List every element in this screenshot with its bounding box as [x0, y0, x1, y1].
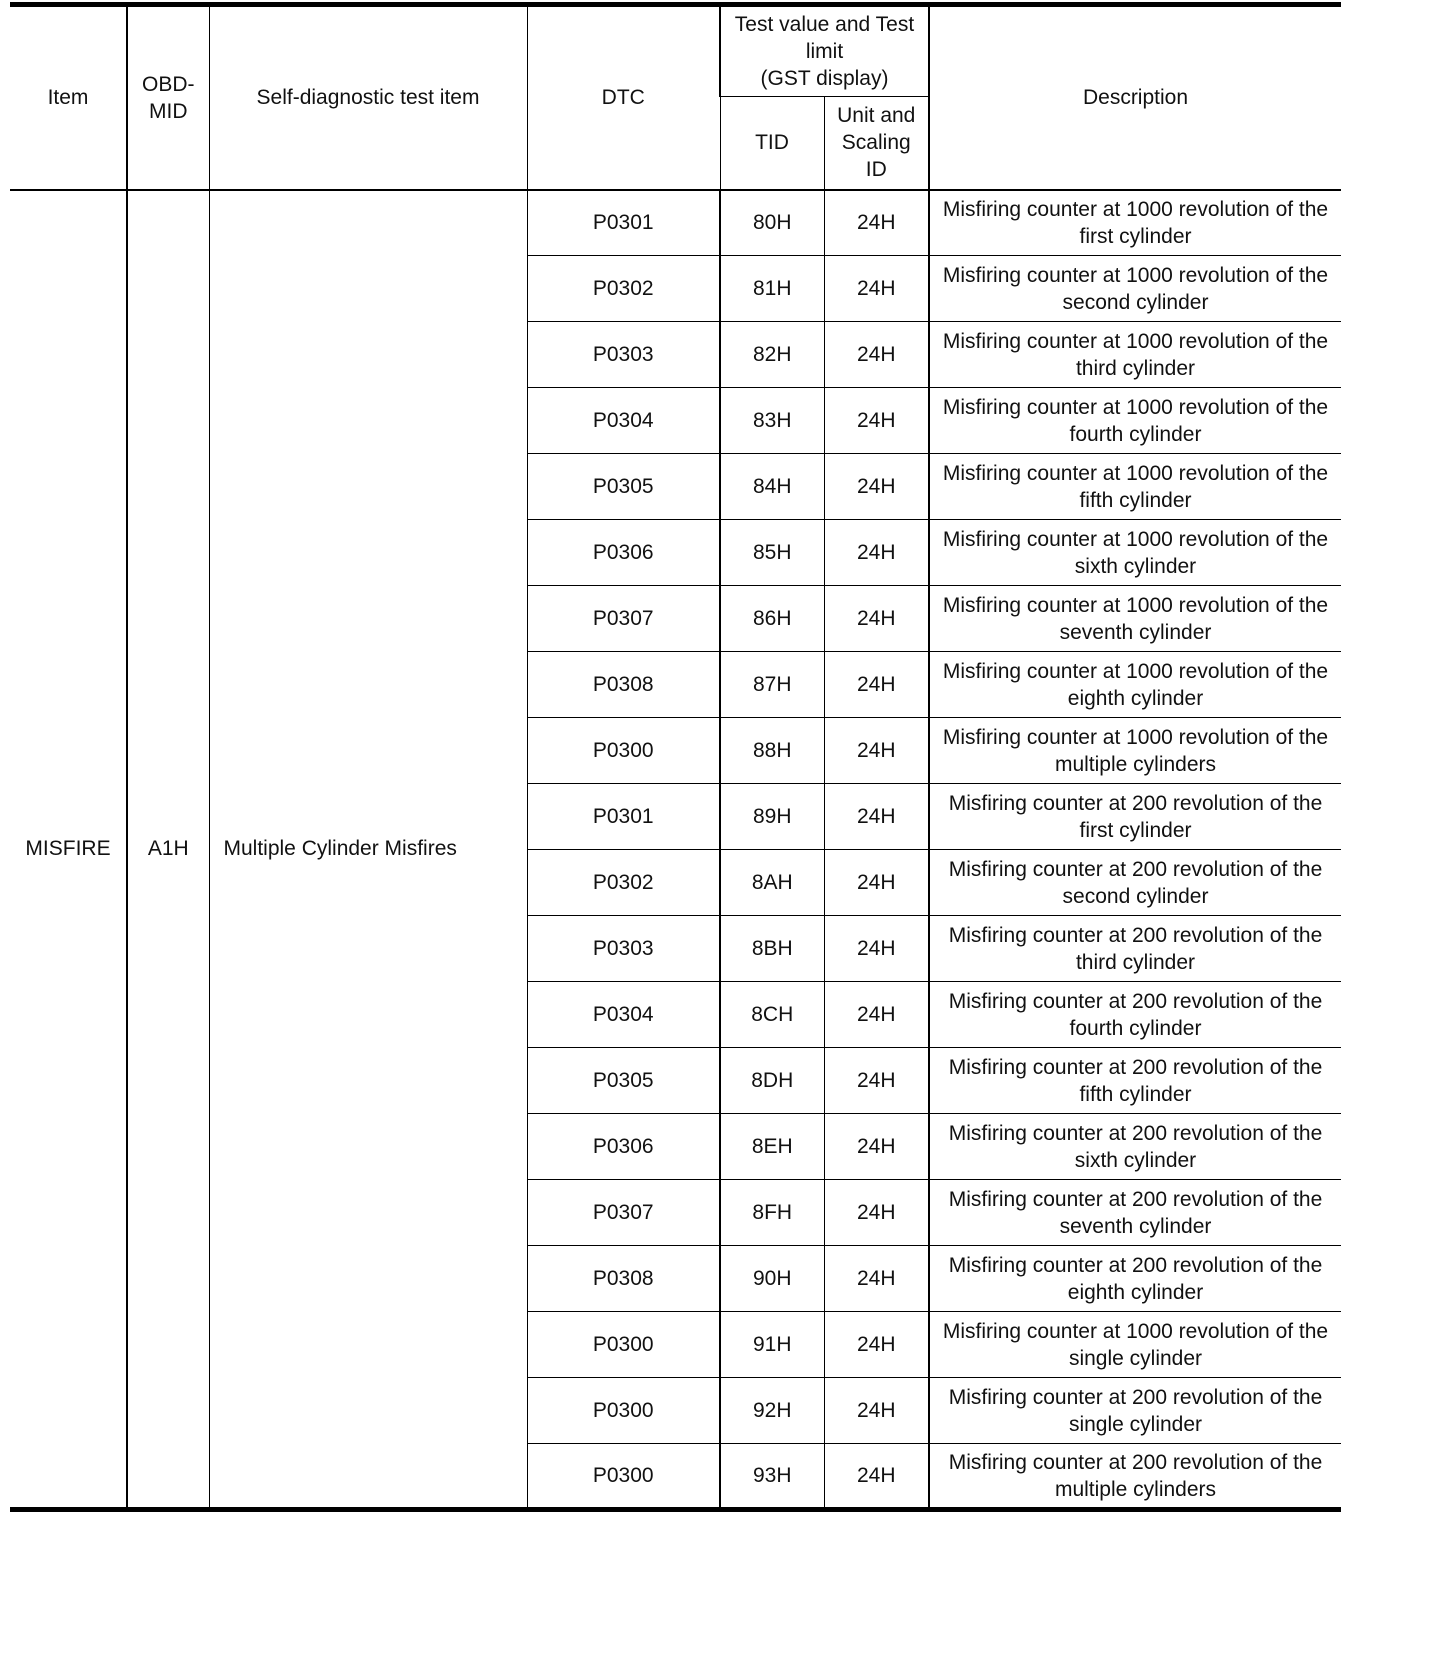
header-self-diagnostic-test-item: Self-diagnostic test item: [209, 5, 527, 190]
cell-tid: 87H: [720, 652, 824, 718]
table-row: MISFIREA1HMultiple Cylinder MisfiresP030…: [10, 190, 1341, 256]
cell-obd-mid: A1H: [127, 190, 209, 1510]
cell-dtc: P0308: [527, 1246, 720, 1312]
header-obd-mid: OBD- MID: [127, 5, 209, 190]
cell-unit-scaling-id: 24H: [824, 1246, 929, 1312]
cell-unit-scaling-id: 24H: [824, 1378, 929, 1444]
cell-description: Misfiring counter at 1000 revolution of …: [929, 190, 1341, 256]
cell-tid: 92H: [720, 1378, 824, 1444]
cell-dtc: P0301: [527, 784, 720, 850]
cell-unit-scaling-id: 24H: [824, 718, 929, 784]
cell-description: Misfiring counter at 1000 revolution of …: [929, 454, 1341, 520]
cell-unit-scaling-id: 24H: [824, 1048, 929, 1114]
cell-unit-scaling-id: 24H: [824, 454, 929, 520]
cell-unit-scaling-id: 24H: [824, 388, 929, 454]
cell-tid: 8DH: [720, 1048, 824, 1114]
cell-dtc: P0307: [527, 1180, 720, 1246]
cell-dtc: P0305: [527, 454, 720, 520]
cell-tid: 89H: [720, 784, 824, 850]
cell-description: Misfiring counter at 200 revolution of t…: [929, 916, 1341, 982]
cell-description: Misfiring counter at 200 revolution of t…: [929, 1048, 1341, 1114]
cell-dtc: P0303: [527, 322, 720, 388]
cell-unit-scaling-id: 24H: [824, 256, 929, 322]
cell-description: Misfiring counter at 1000 revolution of …: [929, 718, 1341, 784]
cell-dtc: P0303: [527, 916, 720, 982]
cell-unit-scaling-id: 24H: [824, 850, 929, 916]
cell-description: Misfiring counter at 1000 revolution of …: [929, 1312, 1341, 1378]
cell-description: Misfiring counter at 200 revolution of t…: [929, 1378, 1341, 1444]
cell-unit-scaling-id: 24H: [824, 916, 929, 982]
cell-tid: 80H: [720, 190, 824, 256]
cell-tid: 88H: [720, 718, 824, 784]
cell-tid: 82H: [720, 322, 824, 388]
cell-description: Misfiring counter at 200 revolution of t…: [929, 1246, 1341, 1312]
cell-description: Misfiring counter at 200 revolution of t…: [929, 1114, 1341, 1180]
cell-dtc: P0300: [527, 718, 720, 784]
cell-description: Misfiring counter at 200 revolution of t…: [929, 850, 1341, 916]
header-unit-scaling-id: Unit and Scaling ID: [824, 97, 929, 190]
cell-dtc: P0302: [527, 256, 720, 322]
cell-dtc: P0306: [527, 1114, 720, 1180]
cell-unit-scaling-id: 24H: [824, 784, 929, 850]
cell-tid: 8AH: [720, 850, 824, 916]
cell-dtc: P0300: [527, 1378, 720, 1444]
cell-self-diagnostic-test-item: Multiple Cylinder Misfires: [209, 190, 527, 1510]
cell-tid: 8CH: [720, 982, 824, 1048]
cell-tid: 8EH: [720, 1114, 824, 1180]
cell-dtc: P0301: [527, 190, 720, 256]
cell-unit-scaling-id: 24H: [824, 982, 929, 1048]
cell-description: Misfiring counter at 1000 revolution of …: [929, 586, 1341, 652]
cell-unit-scaling-id: 24H: [824, 1312, 929, 1378]
cell-dtc: P0300: [527, 1312, 720, 1378]
cell-tid: 93H: [720, 1444, 824, 1510]
cell-description: Misfiring counter at 200 revolution of t…: [929, 1444, 1341, 1510]
cell-item: MISFIRE: [10, 190, 127, 1510]
cell-description: Misfiring counter at 1000 revolution of …: [929, 652, 1341, 718]
cell-dtc: P0305: [527, 1048, 720, 1114]
cell-description: Misfiring counter at 1000 revolution of …: [929, 520, 1341, 586]
header-item: Item: [10, 5, 127, 190]
cell-description: Misfiring counter at 200 revolution of t…: [929, 784, 1341, 850]
cell-tid: 8FH: [720, 1180, 824, 1246]
cell-tid: 81H: [720, 256, 824, 322]
cell-tid: 85H: [720, 520, 824, 586]
cell-unit-scaling-id: 24H: [824, 652, 929, 718]
cell-dtc: P0302: [527, 850, 720, 916]
cell-description: Misfiring counter at 200 revolution of t…: [929, 982, 1341, 1048]
cell-unit-scaling-id: 24H: [824, 1114, 929, 1180]
header-tid: TID: [720, 97, 824, 190]
cell-unit-scaling-id: 24H: [824, 520, 929, 586]
cell-unit-scaling-id: 24H: [824, 1444, 929, 1510]
cell-unit-scaling-id: 24H: [824, 190, 929, 256]
header-description: Description: [929, 5, 1341, 190]
cell-unit-scaling-id: 24H: [824, 1180, 929, 1246]
cell-description: Misfiring counter at 1000 revolution of …: [929, 256, 1341, 322]
header-dtc: DTC: [527, 5, 720, 190]
table-body: MISFIREA1HMultiple Cylinder MisfiresP030…: [10, 190, 1341, 1510]
cell-description: Misfiring counter at 1000 revolution of …: [929, 388, 1341, 454]
table-header: Item OBD- MID Self-diagnostic test item …: [10, 5, 1341, 190]
header-test-value-group: Test value and Test limit (GST display): [720, 5, 929, 97]
cell-unit-scaling-id: 24H: [824, 322, 929, 388]
cell-dtc: P0307: [527, 586, 720, 652]
cell-dtc: P0304: [527, 388, 720, 454]
cell-tid: 86H: [720, 586, 824, 652]
cell-description: Misfiring counter at 200 revolution of t…: [929, 1180, 1341, 1246]
cell-description: Misfiring counter at 1000 revolution of …: [929, 322, 1341, 388]
cell-tid: 90H: [720, 1246, 824, 1312]
cell-tid: 83H: [720, 388, 824, 454]
cell-dtc: P0308: [527, 652, 720, 718]
cell-dtc: P0306: [527, 520, 720, 586]
cell-dtc: P0300: [527, 1444, 720, 1510]
misfire-obd-table: Item OBD- MID Self-diagnostic test item …: [10, 2, 1341, 1512]
cell-tid: 91H: [720, 1312, 824, 1378]
cell-tid: 84H: [720, 454, 824, 520]
cell-dtc: P0304: [527, 982, 720, 1048]
cell-tid: 8BH: [720, 916, 824, 982]
cell-unit-scaling-id: 24H: [824, 586, 929, 652]
